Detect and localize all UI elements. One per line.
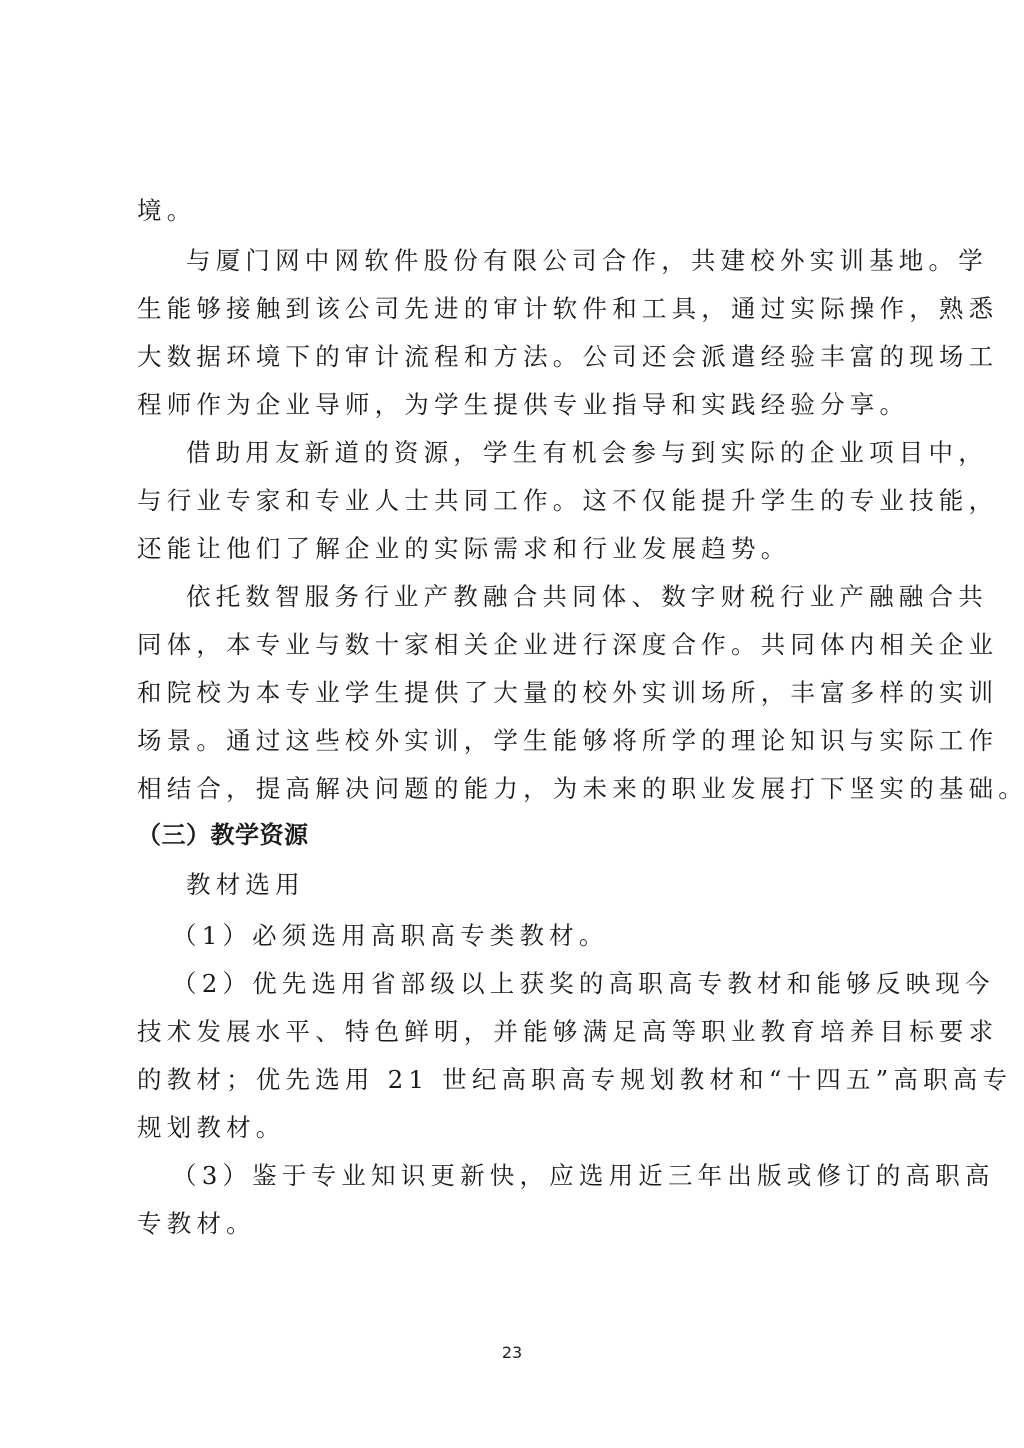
paragraph-line: 依托数智服务行业产教融合共同体、数字财税行业产融融合共 — [186, 582, 946, 612]
paragraph-line: 和院校为本专业学生提供了大量的校外实训场所，丰富多样的实训 — [137, 678, 897, 708]
paragraph-line: 还能让他们了解企业的实际需求和行业发展趋势。 — [137, 534, 897, 564]
paragraph-line: 程师作为企业导师，为学生提供专业指导和实践经验分享。 — [137, 390, 897, 420]
list-item-line: 专教材。 — [137, 1209, 897, 1239]
paragraph-line: 相结合，提高解决问题的能力，为未来的职业发展打下坚实的基础。 — [137, 774, 897, 804]
subsection-title: 教材选用 — [186, 870, 946, 900]
paragraph-line: 与行业专家和专业人士共同工作。这不仅能提升学生的专业技能， — [137, 486, 897, 516]
page-number: 23 — [0, 1343, 1024, 1362]
list-item-line: （2）优先选用省部级以上获奖的高职高专教材和能够反映现今 — [172, 969, 932, 999]
paragraph-line: 同体，本专业与数十家相关企业进行深度合作。共同体内相关企业 — [137, 630, 897, 660]
list-item-line: 规划教材。 — [137, 1113, 897, 1143]
paragraph-line: 借助用友新道的资源，学生有机会参与到实际的企业项目中， — [186, 438, 946, 468]
paragraph-line: 大数据环境下的审计流程和方法。公司还会派遣经验丰富的现场工 — [137, 342, 897, 372]
paragraph-line: 与厦门网中网软件股份有限公司合作，共建校外实训基地。学 — [186, 246, 946, 276]
list-item-line: （1）必须选用高职高专类教材。 — [172, 921, 932, 951]
list-item-line: （3）鉴于专业知识更新快，应选用近三年出版或修订的高职高 — [172, 1161, 932, 1191]
document-page: 境。与厦门网中网软件股份有限公司合作，共建校外实训基地。学生能够接触到该公司先进… — [0, 0, 1024, 1448]
paragraph-line: 场景。通过这些校外实训，学生能够将所学的理论知识与实际工作 — [137, 726, 897, 756]
list-item-line: 技术发展水平、特色鲜明，并能够满足高等职业教育培养目标要求 — [137, 1017, 897, 1047]
section-heading: （三）教学资源 — [137, 820, 897, 850]
paragraph-line: 境。 — [137, 196, 897, 226]
list-item-line: 的教材；优先选用 21 世纪高职高专规划教材和“十四五”高职高专 — [137, 1065, 897, 1095]
paragraph-line: 生能够接触到该公司先进的审计软件和工具，通过实际操作，熟悉 — [137, 294, 897, 324]
